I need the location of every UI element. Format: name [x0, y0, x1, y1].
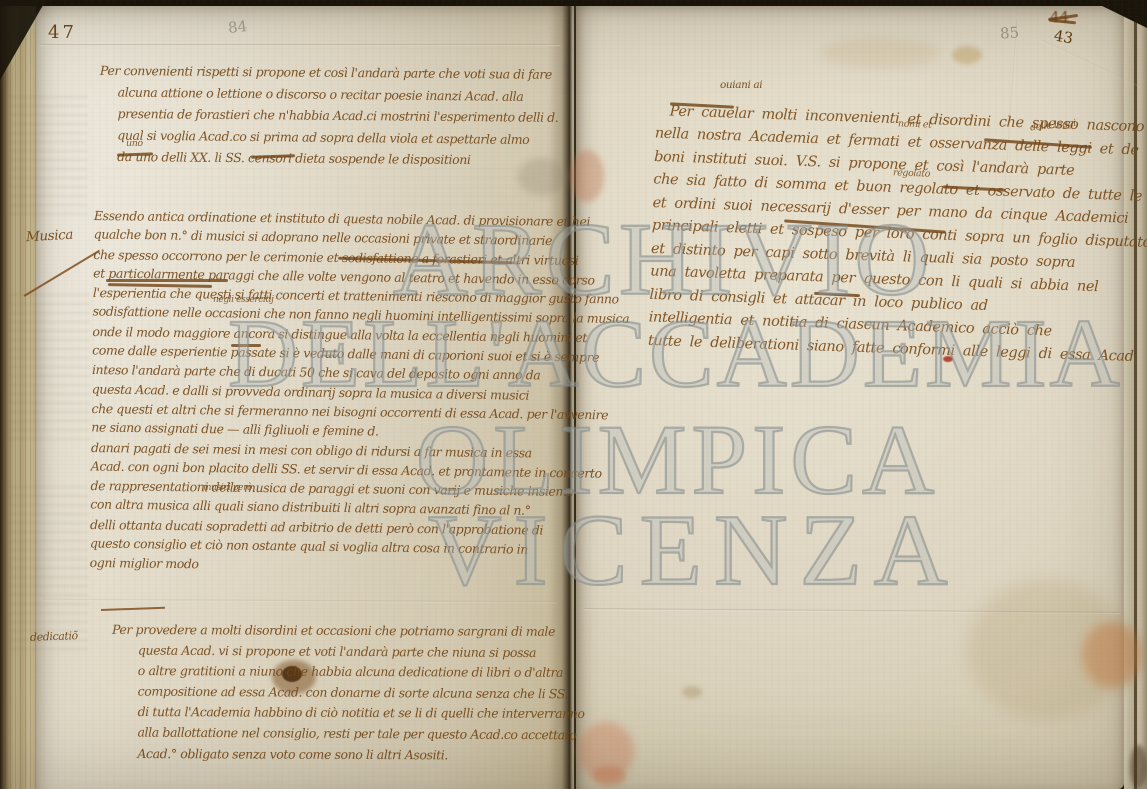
stain	[570, 150, 604, 202]
stain	[592, 766, 626, 786]
folio-number-pencil-right: 85	[999, 23, 1019, 42]
manuscript-scan: 47 84 85 44 43 Musica dedicatiõ Per conv…	[0, 0, 1147, 789]
margin-note-musica: Musica	[26, 227, 74, 245]
handwritten-paragraph-2: Essendo antica ordinatione et instituto …	[90, 206, 631, 579]
handwritten-line: Acad.° obligato senza voto come sono li …	[137, 744, 584, 767]
interlinear-note: negli essercitij	[213, 295, 274, 305]
interlinear-note: regolato	[893, 167, 930, 179]
paper-crease	[40, 44, 560, 46]
interlinear-note: musici però	[203, 483, 252, 493]
interlinear-note: uno	[126, 138, 143, 149]
stain	[682, 686, 702, 698]
interlinear-note: ouiani ai	[720, 79, 762, 91]
stain	[952, 46, 982, 64]
handwritten-line: compositione ad essa Acad. con donarne d…	[138, 681, 585, 704]
folio-number-ink-right: 43	[1053, 26, 1075, 47]
interlinear-note: nomi et	[898, 118, 932, 130]
stain	[820, 38, 940, 68]
show-through-text	[6, 480, 88, 650]
handwritten-line: alla ballottatione nel consiglio, resti …	[137, 722, 584, 745]
folio-number-pencil-left: 84	[227, 17, 248, 37]
handwritten-paragraph-1: Per convenienti rispetti si propone et c…	[117, 60, 559, 171]
handwritten-line: di tutta l'Academia habbino di ciò notit…	[138, 702, 585, 725]
handwritten-line: qual si voglia Acad.co si prima ad sopra…	[117, 124, 558, 150]
handwritten-paragraph-3: Per provedere a molti disordini et occas…	[137, 620, 585, 766]
margin-note-dedication: dedicatiõ	[30, 629, 78, 644]
stain	[1082, 622, 1142, 688]
handwritten-line: alcuna attione o lettione o discorso o r…	[118, 81, 559, 107]
handwritten-line: o altre gratitioni a niuno che habbia al…	[138, 661, 585, 684]
scan-top-edge	[0, 0, 1147, 6]
show-through-text	[5, 290, 90, 440]
handwritten-line: questa Acad. vi si propone et voti l'and…	[138, 640, 585, 663]
show-through-text	[100, 168, 530, 206]
folio-number-ink-left: 47	[48, 22, 77, 43]
handwritten-paragraph-right: Per cauelar molti inconvenienti et disor…	[648, 100, 1147, 370]
strike-mark	[231, 344, 261, 347]
handwritten-line: Per provedere a molti disordini et occas…	[112, 620, 585, 643]
show-through-text	[8, 95, 88, 215]
strike-mark	[106, 279, 228, 282]
stain	[1130, 745, 1147, 789]
